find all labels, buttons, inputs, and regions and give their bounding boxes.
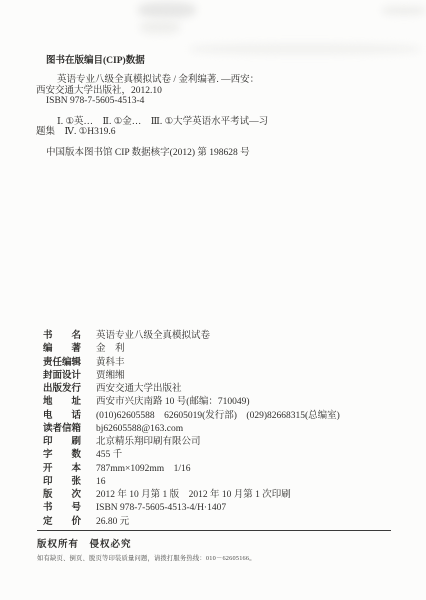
cip-title: 图书在版编目(CIP)数据 — [46, 52, 400, 66]
row-value: 787mm×1092mm 1/16 — [96, 464, 191, 474]
book-copyright-page: 图书在版编目(CIP)数据 英语专业八级全真模拟试卷 / 金利编著. —西安：西… — [0, 0, 426, 600]
cip-line: 西安交通大学出版社，2012.10 — [36, 86, 400, 97]
cip-line: 中国版本图书馆 CIP 数据核字(2012) 第 198628 号 — [36, 148, 400, 159]
row-label: 字 数 — [43, 449, 83, 462]
colophon-row: 读者信箱bj62605588@163.com — [43, 423, 408, 436]
row-value: 2012 年 10 月第 1 版 2012 年 10 月第 1 次印刷 — [96, 490, 291, 500]
colophon-row: 责任编辑黄科丰 — [43, 357, 408, 370]
row-value: (010)62605588 62605019(发行部) (029)8266831… — [96, 411, 340, 421]
row-label: 定 价 — [43, 516, 83, 529]
row-label: 书 名 — [43, 330, 83, 343]
cip-lines: 英语专业八级全真模拟试卷 / 金利编著. —西安：西安交通大学出版社，2012.… — [36, 75, 400, 159]
row-label: 出版发行 — [43, 383, 83, 396]
row-label: 责任编辑 — [43, 357, 83, 370]
scan-artifact — [138, 2, 196, 18]
colophon-row: 定 价26.80 元 — [43, 516, 408, 529]
colophon-row: 电 话(010)62605588 62605019(发行部) (029)8266… — [43, 410, 408, 423]
colophon-row: 书 号ISBN 978-7-5605-4513-4/H·1407 — [43, 502, 408, 515]
cip-line: ISBN 978-7-5605-4513-4 — [36, 96, 400, 107]
colophon-row: 编 著金 利 — [43, 343, 408, 356]
footer-block: 版权所有 侵权必究 如有缺页、倒页、脱页等印装质量问题，请拨打服务热线：010－… — [37, 530, 391, 562]
row-value: 16 — [96, 477, 106, 487]
row-label: 书 号 — [43, 502, 83, 515]
cip-line: Ⅰ. ①英… Ⅱ. ①金… Ⅲ. ①大学英语水平考试—习 — [36, 117, 400, 128]
row-value: 北京精乐翔印刷有限公司 — [96, 437, 201, 447]
cip-block: 图书在版编目(CIP)数据 英语专业八级全真模拟试卷 / 金利编著. —西安：西… — [36, 52, 400, 159]
colophon-rows: 书 名英语专业八级全真模拟试卷编 著金 利责任编辑黄科丰封面设计贾缃缃出版发行西… — [43, 330, 408, 529]
colophon-row: 封面设计贾缃缃 — [43, 370, 408, 383]
service-hotline-note: 如有缺页、倒页、脱页等印装质量问题，请拨打服务热线：010－62605166。 — [37, 553, 391, 562]
row-value: 455 千 — [96, 450, 122, 460]
cip-line: 题集 Ⅳ. ①H319.6 — [36, 127, 400, 138]
row-value: 黄科丰 — [96, 358, 125, 368]
row-value: 英语专业八级全真模拟试卷 — [96, 331, 210, 341]
row-label: 地 址 — [43, 396, 83, 409]
row-label: 印 张 — [43, 476, 83, 489]
row-value: 26.80 元 — [96, 517, 129, 527]
row-label: 开 本 — [43, 463, 83, 476]
colophon-row: 印 刷北京精乐翔印刷有限公司 — [43, 436, 408, 449]
row-value: 金 利 — [96, 344, 125, 354]
row-label: 版 次 — [43, 489, 83, 502]
row-label: 封面设计 — [43, 370, 83, 383]
row-value: 贾缃缃 — [96, 371, 125, 381]
row-value: 西安交通大学出版社 — [96, 384, 182, 394]
colophon-row: 字 数455 千 — [43, 449, 408, 462]
colophon-row: 版 次2012 年 10 月第 1 版 2012 年 10 月第 1 次印刷 — [43, 489, 408, 502]
copyright-notice: 版权所有 侵权必究 — [37, 536, 391, 550]
row-label: 电 话 — [43, 410, 83, 423]
row-label: 编 著 — [43, 343, 83, 356]
cip-line: 英语专业八级全真模拟试卷 / 金利编著. —西安： — [36, 75, 400, 86]
row-label: 印 刷 — [43, 436, 83, 449]
scan-artifact — [140, 20, 180, 34]
row-value: ISBN 978-7-5605-4513-4/H·1407 — [96, 503, 226, 513]
colophon-row: 书 名英语专业八级全真模拟试卷 — [43, 330, 408, 343]
row-value: 西安市兴庆南路 10 号(邮编：710049) — [96, 397, 250, 407]
colophon-block: 书 名英语专业八级全真模拟试卷编 著金 利责任编辑黄科丰封面设计贾缃缃出版发行西… — [43, 330, 408, 529]
colophon-row: 地 址西安市兴庆南路 10 号(邮编：710049) — [43, 396, 408, 409]
row-value: bj62605588@163.com — [96, 424, 183, 434]
colophon-row: 印 张16 — [43, 476, 408, 489]
scan-artifact — [382, 6, 426, 15]
row-label: 读者信箱 — [43, 423, 83, 436]
colophon-row: 开 本787mm×1092mm 1/16 — [43, 463, 408, 476]
colophon-row: 出版发行西安交通大学出版社 — [43, 383, 408, 396]
